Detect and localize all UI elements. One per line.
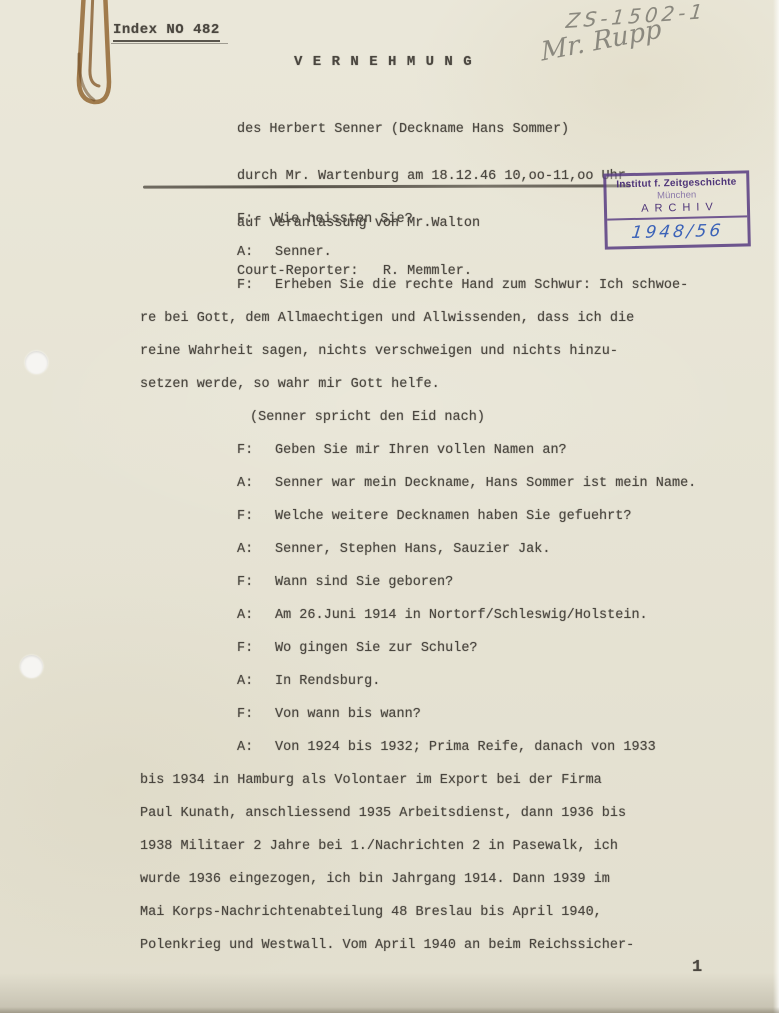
stamp-archiv-line: ARCHIV [609,200,745,215]
qa-speaker-label: F: [237,698,275,731]
scan-edge-right [773,0,779,1013]
qa-continuation-line: setzen werde, so wahr mir Gott helfe. [140,368,660,401]
header-line: des Herbert Senner (Deckname Hans Sommer… [237,122,626,138]
qa-entry: F:Wann sind Sie geboren? [140,566,660,599]
qa-entry: A:Am 26.Juni 1914 in Nortorf/Schleswig/H… [140,599,660,632]
qa-speaker-label: F: [237,632,275,665]
qa-first-line: F:Welche weitere Decknamen haben Sie gef… [140,500,660,533]
qa-continuation-line: 1938 Militaer 2 Jahre bei 1./Nachrichten… [140,830,660,863]
qa-speaker-label: A: [237,467,275,500]
qa-speaker-label: F: [237,203,275,236]
qa-continuation-line: wurde 1936 eingezogen, ich bin Jahrgang … [140,863,660,896]
qa-continuation-line: re bei Gott, dem Allmaechtigen und Allwi… [140,302,660,335]
qa-continuation-line: Mai Korps-Nachrichtenabteilung 48 Bresla… [140,896,660,929]
qa-continuation-line: reine Wahrheit sagen, nichts verschweige… [140,335,660,368]
qa-entry: A:In Rendsburg. [140,665,660,698]
qa-speaker-label: F: [237,269,275,302]
qa-speaker-label: A: [237,599,275,632]
qa-first-line: F:Geben Sie mir Ihren vollen Namen an? [140,434,660,467]
qa-entry: F:Welche weitere Decknamen haben Sie gef… [140,500,660,533]
qa-entry: A:Senner, Stephen Hans, Sauzier Jak. [140,533,660,566]
qa-first-line: A:In Rendsburg. [140,665,660,698]
qa-first-line: F:Wie heissten Sie? [140,203,660,236]
qa-continuation-line: bis 1934 in Hamburg als Volontaer im Exp… [140,764,660,797]
page-number: 1 [692,958,702,977]
qa-text: Wann sind Sie geboren? [275,575,453,590]
qa-first-line: A:Senner. [140,236,660,269]
qa-speaker-label: F: [237,500,275,533]
hole-punch-bottom [20,655,43,678]
header-line: durch Mr. Wartenburg am 18.12.46 10,oo-1… [237,169,626,185]
document-page: Index NO 482 ZS-1502-1 Mr. Rupp V E R N … [0,0,779,1013]
qa-text: Senner, Stephen Hans, Sauzier Jak. [275,542,550,557]
qa-entry: F:Erheben Sie die rechte Hand zum Schwur… [140,269,660,401]
qa-first-line: F:Von wann bis wann? [140,698,660,731]
archive-stamp: Institut f. Zeitgeschichte München ARCHI… [603,170,751,249]
qa-text: Senner. [275,245,332,260]
hole-punch-top [25,351,48,374]
qa-speaker-label: A: [237,236,275,269]
qa-first-line: A:Senner, Stephen Hans, Sauzier Jak. [140,533,660,566]
qa-entry: F:Wie heissten Sie? [140,203,660,236]
qa-text: Wie heissten Sie? [275,212,413,227]
qa-first-line: A:Von 1924 bis 1932; Prima Reife, danach… [140,731,660,764]
qa-first-line: A:Am 26.Juni 1914 in Nortorf/Schleswig/H… [140,599,660,632]
qa-first-line: F:Wann sind Sie geboren? [140,566,660,599]
qa-entry: A:Senner war mein Deckname, Hans Sommer … [140,467,660,500]
qa-text: Geben Sie mir Ihren vollen Namen an? [275,443,567,458]
qa-first-line: A:Senner war mein Deckname, Hans Sommer … [140,467,660,500]
qa-speaker-label: F: [237,434,275,467]
qa-transcript: F:Wie heissten Sie? A:Senner. F:Erheben … [140,203,660,962]
qa-entry: A:Von 1924 bis 1932; Prima Reife, danach… [140,731,660,962]
qa-continuation-line: Paul Kunath, anschliessend 1935 Arbeitsd… [140,797,660,830]
qa-text: Am 26.Juni 1914 in Nortorf/Schleswig/Hol… [275,608,648,623]
qa-text: Senner war mein Deckname, Hans Sommer is… [275,476,696,491]
qa-entry: F:Von wann bis wann? [140,698,660,731]
document-title: V E R N E H M U N G [294,54,473,70]
index-label: Index NO 482 [113,22,220,42]
qa-speaker-label: A: [237,665,275,698]
qa-text: Von wann bis wann? [275,707,421,722]
stamp-accession-number: 1948/56 [608,217,747,245]
qa-entry: A:Senner. [140,236,660,269]
qa-text: Erheben Sie die rechte Hand zum Schwur: … [275,278,688,293]
qa-first-line: F:Erheben Sie die rechte Hand zum Schwur… [140,269,660,302]
paperclip-icon [70,0,134,125]
qa-speaker-label: A: [237,731,275,764]
qa-entry: (Senner spricht den Eid nach) [140,401,660,434]
qa-entry: F:Geben Sie mir Ihren vollen Namen an? [140,434,660,467]
qa-text: Welche weitere Decknamen haben Sie gefue… [275,509,631,524]
qa-speaker-label: F: [237,566,275,599]
qa-text: Wo gingen Sie zur Schule? [275,641,478,656]
qa-first-line: F:Wo gingen Sie zur Schule? [140,632,660,665]
qa-speaker-label: A: [237,533,275,566]
qa-text: In Rendsburg. [275,674,380,689]
qa-continuation-line: Polenkrieg und Westwall. Vom April 1940 … [140,929,660,962]
qa-first-line: (Senner spricht den Eid nach) [140,401,660,434]
qa-text: (Senner spricht den Eid nach) [250,410,485,425]
scan-edge-bottom [0,1007,779,1013]
qa-text: Von 1924 bis 1932; Prima Reife, danach v… [275,740,656,755]
qa-entry: F:Wo gingen Sie zur Schule? [140,632,660,665]
